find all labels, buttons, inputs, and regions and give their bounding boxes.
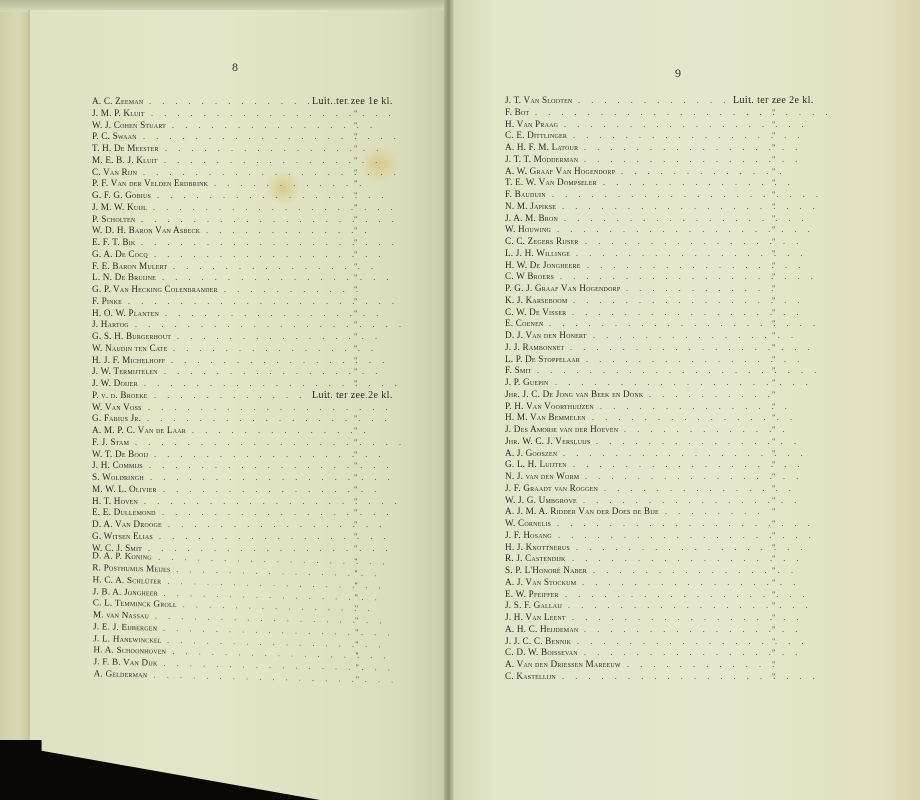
ditto-mark: "	[772, 307, 775, 319]
dot-leader: . . . . . . . . . . . . . . . . .	[165, 308, 383, 320]
officer-name: W. D. H. Baron Van Asbeck	[92, 225, 200, 235]
officer-name: F. Pinke	[92, 296, 122, 306]
officer-name: J. F. B. Van Dijk	[93, 656, 157, 667]
list-item: H. J. Knottnerus. . . . . . . . . . . . …	[505, 542, 905, 554]
dot-leader: . . . . . . . . . . . . . . . . . . . .	[141, 214, 398, 226]
officer-name: W. J. Cohen Stuart	[92, 120, 166, 130]
officer-name: A. H. F. M. Latour	[505, 142, 578, 152]
list-item: J. M. P. Kluit. . . . . . . . . . . . . …	[92, 108, 452, 120]
list-item: N. M. Japikse. . . . . . . . . . . . . .…	[505, 201, 905, 213]
ditto-mark: "	[354, 378, 357, 390]
ditto-mark: "	[354, 556, 358, 568]
list-item: P. Scholten. . . . . . . . . . . . . . .…	[92, 214, 452, 226]
officer-name: C. C. Zegers Rijser	[505, 236, 579, 246]
dot-leader: . . . . . . . . . . .	[224, 284, 363, 296]
officer-name: C. W. De Visser	[505, 307, 566, 317]
dot-leader: . . . . . . . . . . . . . . . . . . . .	[144, 378, 401, 390]
ditto-mark: "	[772, 483, 775, 495]
officer-name: M. van Nassau	[93, 609, 149, 620]
ditto-mark: "	[772, 377, 775, 389]
ditto-mark: "	[354, 120, 357, 132]
list-item: W. Cornelis. . . . . . . . . . . . . . .…	[505, 518, 905, 530]
list-item: J. M. W. Kuijl. . . . . . . . . . . . . …	[92, 202, 452, 214]
dot-leader: . . . . . . . . . . . . .	[206, 225, 371, 237]
officer-name: L. P. De Stoppelaar	[505, 354, 580, 364]
dot-leader: . . . . . . . . . . . .	[626, 283, 778, 295]
ditto-mark: "	[354, 425, 357, 437]
dot-leader: . . . . . . . . . . . . . . . .	[593, 330, 798, 342]
list-item: F. Bauduin. . . . . . . . . . . . . . . …	[505, 189, 905, 201]
ditto-mark: "	[354, 331, 357, 343]
dot-leader: . . . . . . . . . . . . . . . . . . . .	[560, 271, 817, 283]
officer-name: T. E. W. Van Dompseler	[505, 177, 597, 187]
dot-leader: . . . . . . . . . . . . . . . . . . . . …	[537, 365, 821, 377]
list-item: A. H. F. M. Latour. . . . . . . . . . . …	[505, 142, 905, 154]
ditto-mark: "	[772, 506, 775, 518]
ditto-mark: "	[772, 600, 775, 612]
officer-name: H. J. F. Michelhoff	[92, 355, 165, 365]
list-item: J. T. Van Slooten. . . . . . . . . . . .…	[505, 95, 905, 107]
dot-leader: . . . . . . . . . . . . . . . . . . .	[150, 472, 394, 484]
officer-name: H. O. W. Planten	[92, 308, 159, 318]
ditto-mark: "	[355, 615, 359, 627]
ditto-mark: "	[355, 638, 359, 650]
officer-name: W. Naudin ten Cate	[92, 343, 167, 353]
officer-name: W. Cornelis	[505, 518, 551, 528]
officer-name: J. B. A. Jongheer	[93, 586, 158, 597]
ditto-mark: "	[772, 283, 775, 295]
dot-leader: . . . . . . . . . . . .	[214, 178, 366, 190]
list-item: A. M. P. C. Van de Laar. . . . . . . . .…	[92, 425, 452, 437]
list-item: F. Bot. . . . . . . . . . . . . . . . . …	[505, 107, 905, 119]
dot-leader: . . . . . . . . . . . . . . . . . .	[572, 307, 803, 319]
dot-leader: . . . . . . . . . . . . . . . .	[596, 436, 801, 448]
officer-name: J. W. Termijtelen	[92, 366, 158, 376]
officer-name: P. G. J. Graaf Van Hogendorp	[505, 283, 620, 293]
ditto-mark: "	[772, 295, 775, 307]
list-item: C. E. Dittlinger. . . . . . . . . . . . …	[505, 130, 905, 142]
dot-leader: . . . . . . . . . . . . . . . . . . . . …	[552, 189, 823, 201]
ditto-mark: "	[354, 143, 357, 155]
dot-leader: . . . . . . . . . .	[649, 389, 774, 401]
list-item: E. W. Pfeiffer. . . . . . . . . . . . . …	[505, 589, 905, 601]
officer-name: G. L. H. Luijten	[505, 459, 567, 469]
list-item: W. T. De Booij. . . . . . . . . . . . . …	[92, 449, 452, 461]
list-item: L. J. H. Willinge. . . . . . . . . . . .…	[505, 248, 905, 260]
dot-leader: . . . . . . . . . . . . . . . . . . . . …	[535, 107, 832, 119]
list-item: J. H. Van Leent. . . . . . . . . . . . .…	[505, 612, 905, 624]
officer-name: A. J. Gooszen	[505, 448, 557, 458]
list-item: C. W Broers. . . . . . . . . . . . . . .…	[505, 271, 905, 283]
dot-leader: . . . . . . . . . . . . . . . . . .	[162, 507, 393, 519]
list-item: T. H. De Meester. . . . . . . . . . . . …	[92, 143, 452, 155]
ditto-mark: "	[772, 389, 775, 401]
officer-name: G. Witsen Elias	[92, 531, 153, 541]
right-page: 9 J. T. Van Slooten. . . . . . . . . . .…	[454, 0, 920, 800]
officer-name: F. J. Stam	[92, 437, 129, 447]
list-item: C. Kastellijn. . . . . . . . . . . . . .…	[505, 671, 905, 683]
officer-name: D. J. Van den Honert	[505, 330, 587, 340]
dot-leader: . . . . . . . . . . . . . . . .	[173, 261, 378, 273]
dot-leader: . . . . . . . . . . . . . . . .	[177, 331, 382, 343]
officer-name: A. C. Zeeman	[92, 96, 143, 106]
ditto-mark: "	[354, 167, 357, 179]
dot-leader: . . . . . . . . . . . . . . . .	[592, 412, 797, 424]
list-item: P. F. Van der Velden Erdbrink. . . . . .…	[92, 178, 452, 190]
dot-leader: . . . . . . . . . . . . . . . . . . . .	[557, 224, 814, 236]
dot-leader: . . . . . . . . . . . . . . . . . . . .	[141, 237, 398, 249]
ditto-mark: "	[355, 650, 359, 662]
rank-label: Luit. ter zee 2e kl.	[733, 95, 814, 107]
officer-name: N. J. van den Worm	[505, 471, 579, 481]
officer-name: F. Smit	[505, 365, 531, 375]
list-item: P. G. J. Graaf Van Hogendorp. . . . . . …	[505, 283, 905, 295]
dot-leader: . . . . . . . . . . . . . . . . . .	[572, 612, 803, 624]
officer-name: H. C. A. Schlüter	[92, 574, 161, 585]
ditto-mark: "	[354, 131, 357, 143]
ditto-mark: "	[772, 436, 775, 448]
officer-name: Jhr. W. C. J. Versluijs	[505, 436, 590, 446]
list-item: J. J. Rambonnet. . . . . . . . . . . . .…	[505, 342, 905, 354]
dot-leader: . . . . . . . . . . . . . . . . .	[583, 495, 801, 507]
ditto-mark: "	[772, 119, 775, 131]
list-item: C. D. W. Boissevan. . . . . . . . . . . …	[505, 647, 905, 659]
list-item: Jhr. W. C. J. Versluijs. . . . . . . . .…	[505, 436, 905, 448]
officer-name: J. J. C. C. Bennik	[505, 636, 571, 646]
ditto-mark: "	[772, 260, 775, 272]
officer-name: D. A. P. Koning	[92, 550, 152, 561]
officer-name: L. N. De Bruijne	[92, 272, 156, 282]
list-item: D. A. Van Drooge. . . . . . . . . . . . …	[92, 519, 452, 531]
officer-name: A. J. M. A. Ridder Van der Does de Bije	[505, 506, 659, 516]
ditto-mark: "	[354, 519, 357, 531]
dot-leader: . . . . . . . . . . . . . . . . .	[164, 155, 382, 167]
list-item: P. C. Swaan. . . . . . . . . . . . . . .…	[92, 131, 452, 143]
dot-leader: . . . . . . . . . . . . . . . . . . .	[153, 202, 397, 214]
dot-leader: . . . . . . . . . . . . . . . . . . . .	[143, 167, 400, 179]
ditto-mark: "	[772, 130, 775, 142]
officer-name: E. F. T. Bik	[92, 237, 135, 247]
list-item: G. P. Van Hecking Colenbrander. . . . . …	[92, 284, 452, 296]
officer-name: M. E. B. J. Kluit	[92, 155, 158, 165]
ditto-mark: "	[354, 178, 357, 190]
list-item: C. C. Zegers Rijser. . . . . . . . . . .…	[505, 236, 905, 248]
ditto-mark: "	[772, 542, 775, 554]
ditto-mark: "	[354, 214, 357, 226]
officer-name: N. M. Japikse	[505, 201, 556, 211]
officer-name: J. P. Guepin	[505, 377, 549, 387]
list-item: H. T. Hoven. . . . . . . . . . . . . . .…	[92, 496, 452, 508]
officer-name: G. A. De Cocq	[92, 249, 148, 259]
page-number: 9	[675, 66, 681, 81]
ditto-mark: "	[772, 495, 775, 507]
officer-name: A. M. P. C. Van de Laar	[92, 425, 186, 435]
rank-label: Luit. ter zee 1e kl.	[312, 96, 393, 108]
officer-name: H. Van Praag	[505, 119, 558, 129]
officer-name: W. T. De Booij	[92, 449, 148, 459]
list-item: W. J. G. Umbgrove. . . . . . . . . . . .…	[505, 495, 905, 507]
ditto-mark: "	[772, 236, 775, 248]
ditto-mark: "	[354, 496, 357, 508]
dot-leader: . . . . . . . . . . . . . . . . . .	[154, 449, 385, 461]
ditto-mark: "	[354, 155, 357, 167]
officer-name: J. Hartog	[92, 319, 129, 329]
officer-name: P. H. Van Voorthuijzen	[505, 401, 594, 411]
ditto-mark: "	[354, 190, 357, 202]
ditto-mark: "	[772, 577, 775, 589]
ditto-mark: "	[354, 484, 357, 496]
dot-leader: . . . . . . . . . . . . . . . . . .	[154, 249, 385, 261]
list-item: J. W. Doijer. . . . . . . . . . . . . . …	[92, 378, 452, 390]
list-item: G. S. H. Burgerhout. . . . . . . . . . .…	[92, 331, 452, 343]
dot-leader: . . . . . . . . . . . . .	[624, 424, 789, 436]
ditto-mark: "	[772, 154, 775, 166]
officer-name: F. Bauduin	[505, 189, 546, 199]
ditto-mark: "	[772, 166, 775, 178]
ditto-mark: "	[354, 543, 357, 555]
list-item: E. E. Dullemond. . . . . . . . . . . . .…	[92, 507, 452, 519]
ditto-mark: "	[354, 507, 357, 519]
ditto-mark: "	[772, 530, 775, 542]
officer-name: R. Posthumus Meijes	[92, 562, 170, 574]
ditto-mark: "	[354, 579, 358, 591]
dot-leader: . . . . . . . . . . . . . . . . .	[585, 471, 803, 483]
dot-leader: . . . . . . . . . . . . . . . . .	[165, 143, 383, 155]
ditto-mark: "	[772, 354, 775, 366]
officer-name: J. S. F. Gallaij	[505, 600, 562, 610]
dot-leader: . . . . . . . . . . . . .	[621, 166, 786, 178]
officer-name: A. Van den Driessen Mareeuw	[505, 659, 621, 669]
dot-leader: . . . . . . . . . . . . . . . . . . .	[568, 600, 812, 612]
ditto-mark: "	[772, 647, 775, 659]
ditto-mark: "	[772, 424, 775, 436]
officer-name: C. Kastellijn	[505, 671, 556, 681]
list-item: H. W. De Jongheere. . . . . . . . . . . …	[505, 260, 905, 272]
ditto-mark: "	[354, 355, 357, 367]
officer-name: A. W. Graaf Van Hogendorp	[505, 166, 615, 176]
dot-leader: . . . . . . . . . . . . . . . . . .	[573, 295, 804, 307]
officer-name: W. J. G. Umbgrove	[505, 495, 577, 505]
list-item: A. Van den Driessen Mareeuw. . . . . . .…	[505, 659, 905, 671]
officer-name: E. W. Pfeiffer	[505, 589, 559, 599]
dot-leader: . . . . . . . . . . . . . . .	[603, 177, 794, 189]
officer-name: J. H. Commijs	[92, 460, 143, 470]
officer-name: C. W Broers	[505, 271, 554, 281]
officer-name: C. E. Dittlinger	[505, 130, 567, 140]
dot-leader: . . . . . . . . . . . . . . . . .	[163, 484, 381, 496]
dot-leader: . . . . . . . . . . . . . . . . . . . .	[144, 496, 401, 508]
ditto-mark: "	[772, 107, 775, 119]
list-item: J. T. T. Modderman. . . . . . . . . . . …	[505, 154, 905, 166]
ditto-mark: "	[354, 249, 357, 261]
ditto-mark: "	[772, 401, 775, 413]
list-item: G. L. H. Luijten. . . . . . . . . . . . …	[505, 459, 905, 471]
ditto-mark: "	[354, 272, 357, 284]
dot-leader: . . . . . . . . . . . . . . . . . . . .	[557, 518, 814, 530]
officer-name: F. E. Baron Mulert	[92, 261, 167, 271]
officer-list-right: J. T. Van Slooten. . . . . . . . . . . .…	[505, 95, 905, 683]
ditto-mark: "	[772, 177, 775, 189]
list-item: T. E. W. Van Dompseler. . . . . . . . . …	[505, 177, 905, 189]
officer-name: J. J. Rambonnet	[505, 342, 564, 352]
list-item: A. W. Graaf Van Hogendorp. . . . . . . .…	[505, 166, 905, 178]
officer-name: P. v. d. Broeke	[92, 390, 148, 400]
ditto-mark: "	[772, 330, 775, 342]
dot-leader: . . . . . . . . . . . . . . .	[600, 401, 791, 413]
dot-leader: . . . . . . . . . . . . . . . . . . .	[563, 448, 807, 460]
ditto-mark: "	[772, 224, 775, 236]
officer-name: C. Van Rijn	[92, 167, 137, 177]
dot-leader: . . . . . . . . . . . . . . . . .	[584, 647, 802, 659]
officer-name: J. Des Amorie van der Hoeven	[505, 424, 618, 434]
ditto-mark: "	[772, 189, 775, 201]
ditto-mark: "	[772, 624, 775, 636]
ditto-mark: "	[772, 659, 775, 671]
officer-name: G. S. H. Burgerhout	[92, 331, 171, 341]
ditto-mark: "	[772, 412, 775, 424]
dot-leader: . . . . . . . . . . . . . . . .	[172, 120, 377, 132]
officer-name: J. E. J. Eijbergen	[93, 621, 157, 632]
list-item: W. D. H. Baron Van Asbeck. . . . . . . .…	[92, 225, 452, 237]
list-item: G. Fabius Jr.. . . . . . . . . . . . . .…	[92, 413, 452, 425]
ditto-mark: "	[354, 366, 357, 378]
ditto-mark: "	[354, 591, 358, 603]
list-item: D. J. Van den Honert. . . . . . . . . . …	[505, 330, 905, 342]
list-item: J. Hartog. . . . . . . . . . . . . . . .…	[92, 319, 452, 331]
officer-name: S. P. L'Honoré Naber	[505, 565, 587, 575]
dot-leader: . . . . . . . . . . . . . .	[192, 425, 370, 437]
officer-name: K. J. Karseboom	[505, 295, 567, 305]
dot-leader: . . . . . . . . . . . . . . . . . . . . …	[135, 319, 406, 331]
list-item: H. M. Van Bemmelen. . . . . . . . . . . …	[505, 412, 905, 424]
list-item: G. Witsen Elias. . . . . . . . . . . . .…	[92, 531, 452, 543]
dot-leader: . . . . . . . . . . . . . . . . .	[584, 624, 802, 636]
officer-name: D. A. Van Drooge	[92, 519, 162, 529]
officer-name: E. Coenen	[505, 318, 543, 328]
officer-name: J. T. Van Slooten	[505, 95, 572, 105]
officer-name: H. M. Van Bemmelen	[505, 412, 586, 422]
dot-leader: . . . . . . . . . . . . . . . . . . . .	[562, 671, 819, 683]
officer-name: H. J. Knottnerus	[505, 542, 570, 552]
list-item: C. Van Rijn. . . . . . . . . . . . . . .…	[92, 167, 452, 179]
list-item: J. J. C. C. Bennik. . . . . . . . . . . …	[505, 636, 905, 648]
list-item: W. Houwing. . . . . . . . . . . . . . . …	[505, 224, 905, 236]
dot-leader: . . . . . . . . . . . . . . . . . . .	[151, 108, 395, 120]
dot-leader: . . . . . . . . . . . . . . . . . . . .	[558, 530, 815, 542]
officer-name: G. Fabius Jr.	[92, 413, 141, 423]
list-item: J. F. Graadt van Roggen. . . . . . . . .…	[505, 483, 905, 495]
list-item: E. Coenen. . . . . . . . . . . . . . . .…	[505, 318, 905, 330]
officer-name: J. F. Graadt van Roggen	[505, 483, 598, 493]
officer-name: J. A. M. Bron	[505, 213, 558, 223]
officer-name: H. A. Schoonhoven	[93, 644, 166, 656]
list-item: F. Pinke. . . . . . . . . . . . . . . . …	[92, 296, 452, 308]
ditto-mark: "	[772, 565, 775, 577]
ditto-mark: "	[356, 673, 360, 685]
officer-name: Jhr. J. C. De Jong van Beek en Donk	[505, 389, 643, 399]
list-item: A. J. M. A. Ridder Van der Does de Bije.…	[505, 506, 905, 518]
officer-name: W. Houwing	[505, 224, 551, 234]
dot-leader: . . . . . . . . . . . . . . . . . .	[573, 130, 804, 142]
list-item: G. A. De Cocq. . . . . . . . . . . . . .…	[92, 249, 452, 261]
list-item: M. W. L. Olivier. . . . . . . . . . . . …	[92, 484, 452, 496]
list-item: E. F. T. Bik. . . . . . . . . . . . . . …	[92, 237, 452, 249]
list-item: G. F. G. Gobius. . . . . . . . . . . . .…	[92, 190, 452, 202]
ditto-mark: "	[772, 365, 775, 377]
dot-leader: . . . . . . . . . . . . . . .	[604, 483, 795, 495]
dot-leader: . . . . . . . . . . . . . . . . . . . . …	[128, 296, 399, 308]
dot-leader: . . . . . . . . . . . . . . . . . .	[572, 553, 803, 565]
ditto-mark: "	[354, 202, 357, 214]
officer-name: J. L. Hanewinckel	[93, 633, 162, 644]
officer-name: H. W. De Jongheere	[505, 260, 581, 270]
page-number: 8	[232, 60, 238, 75]
ditto-mark: "	[354, 472, 357, 484]
dot-leader: . . . . . . . . . . . . . . . . .	[584, 154, 802, 166]
list-item: F. J. Stam. . . . . . . . . . . . . . . …	[92, 437, 452, 449]
list-item: J. F. Hosang. . . . . . . . . . . . . . …	[505, 530, 905, 542]
list-item: R. J. Castendijk. . . . . . . . . . . . …	[505, 553, 905, 565]
ditto-mark: "	[355, 662, 359, 674]
list-item: C. W. De Visser. . . . . . . . . . . . .…	[505, 307, 905, 319]
book-spread: 8 A. C. Zeeman. . . . . . . . . . . . . …	[0, 0, 920, 800]
list-item: K. J. Karseboom. . . . . . . . . . . . .…	[505, 295, 905, 307]
ditto-mark: "	[772, 201, 775, 213]
rank-label: Luit. ter zee 2e kl.	[312, 390, 393, 402]
officer-name: C. D. W. Boissevan	[505, 647, 578, 657]
officer-name: J. T. T. Modderman	[505, 154, 578, 164]
ditto-mark: "	[354, 308, 357, 320]
ditto-mark: "	[772, 471, 775, 483]
ditto-mark: "	[354, 460, 357, 472]
list-item: J. P. Guepin. . . . . . . . . . . . . . …	[505, 377, 905, 389]
list-item: Jhr. J. C. De Jong van Beek en Donk. . .…	[505, 389, 905, 401]
ditto-mark: "	[355, 603, 359, 615]
ditto-mark: "	[772, 342, 775, 354]
officer-name: T. H. De Meester	[92, 143, 159, 153]
dot-leader: . . . . . . . . . . . . . . . . . .	[162, 272, 393, 284]
ditto-mark: "	[772, 671, 775, 683]
officer-name: J. M. W. Kuijl	[92, 202, 147, 212]
list-item: H. Van Praag. . . . . . . . . . . . . . …	[505, 119, 905, 131]
list-item: J. S. F. Gallaij. . . . . . . . . . . . …	[505, 600, 905, 612]
list-item: J. H. Commijs. . . . . . . . . . . . . .…	[92, 460, 452, 472]
list-item: A. J. Gooszen. . . . . . . . . . . . . .…	[505, 448, 905, 460]
list-item: L. N. De Bruijne. . . . . . . . . . . . …	[92, 272, 452, 284]
officer-name: R. J. Castendijk	[505, 553, 566, 563]
officer-name: F. Bot	[505, 107, 529, 117]
officer-name: S. Woldringh	[92, 472, 144, 482]
ditto-mark: "	[772, 459, 775, 471]
ditto-mark: "	[354, 225, 357, 237]
dot-leader: . . . . . . . . . . . . . . . . . . . . …	[135, 437, 406, 449]
ditto-mark: "	[354, 437, 357, 449]
ditto-mark: "	[772, 589, 775, 601]
book-gutter	[444, 0, 454, 800]
ditto-mark: "	[354, 413, 357, 425]
ditto-mark: "	[772, 213, 775, 225]
officer-name: L. J. H. Willinge	[505, 248, 570, 258]
officer-name: J. H. Van Leent	[505, 612, 566, 622]
ditto-mark: "	[772, 636, 775, 648]
ditto-mark: "	[354, 108, 357, 120]
officer-name: J. W. Doijer	[92, 378, 138, 388]
list-item: W. Van Voss. . . . . . . . . . . . . . .…	[92, 402, 452, 414]
officer-name: W. Van Voss	[92, 402, 142, 412]
ditto-mark: "	[354, 531, 357, 543]
officer-name: A. Gelderman	[94, 668, 148, 679]
ditto-mark: "	[772, 248, 775, 260]
